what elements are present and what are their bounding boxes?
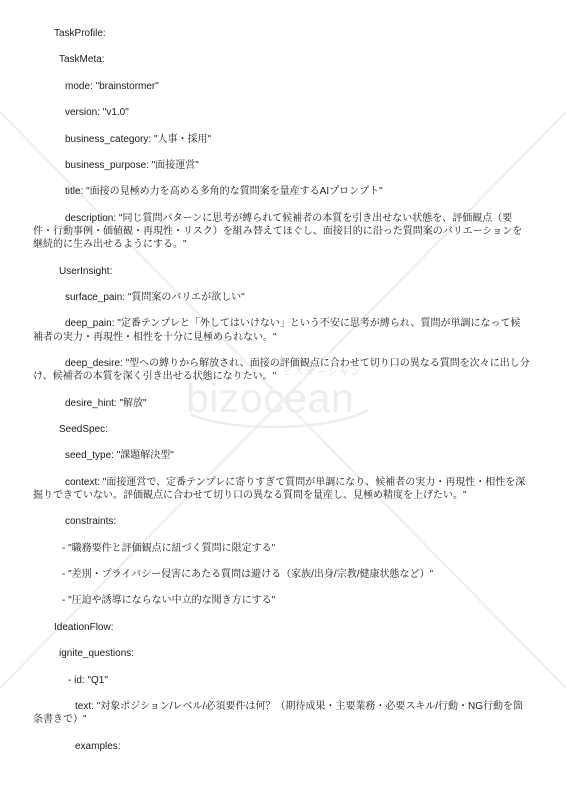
yaml-line-desire-hint: desire_hint: "解放"	[33, 397, 530, 410]
yaml-line-constraints: constraints:	[33, 515, 530, 528]
yaml-line-context: context: "面接運営で、定番テンプレに寄りすぎて質問が単調になり、候補者…	[33, 476, 530, 502]
yaml-line-examples: examples:	[33, 740, 530, 753]
yaml-line-constraint-item-2: - "差別・プライバシー侵害にあたる質問は避ける（家族/出身/宗教/健康状態など…	[33, 568, 530, 581]
yaml-line-surface-pain: surface_pain: "質問案のバリエが欲しい"	[33, 291, 530, 304]
yaml-line-title: title: "面接の見極め力を高める多角的な質問案を量産するAIプロンプト"	[33, 185, 530, 198]
yaml-line-constraint-item-1: - "職務要件と評価観点に紐づく質問に限定する"	[33, 542, 530, 555]
yaml-line-question-id: - id: "Q1"	[33, 674, 530, 687]
yaml-line-description: description: "同じ質問パターンに思考が縛られて候補者の本質を引き出…	[33, 212, 530, 252]
yaml-line-userinsight: UserInsight:	[33, 265, 530, 278]
yaml-line-seedspec: SeedSpec:	[33, 423, 530, 436]
yaml-line-deep-desire: deep_desire: "型への縛りから解放され、面接の評価観点に合わせて切り…	[33, 357, 530, 383]
yaml-document: TaskProfile: TaskMeta: mode: "brainstorm…	[33, 27, 530, 766]
document-page: ビズオーシャン bizocean TaskProfile: TaskMeta: …	[0, 0, 566, 800]
yaml-line-taskprofile: TaskProfile:	[33, 27, 530, 40]
yaml-line-constraint-item-3: - "圧迫や誘導にならない中立的な聞き方にする"	[33, 594, 530, 607]
yaml-line-ignite-questions: ignite_questions:	[33, 647, 530, 660]
yaml-line-version: version: "v1.0"	[33, 106, 530, 119]
yaml-line-taskmeta: TaskMeta:	[33, 53, 530, 66]
yaml-line-deep-pain: deep_pain: "定番テンプレと「外してはいけない」という不安に思考が縛ら…	[33, 317, 530, 343]
yaml-line-business-category: business_category: "人事・採用"	[33, 133, 530, 146]
yaml-line-mode: mode: "brainstormer"	[33, 80, 530, 93]
yaml-line-question-text: text: "対象ポジション/レベル/必須要件は何？（期待成果・主要業務・必要ス…	[33, 700, 530, 726]
yaml-line-business-purpose: business_purpose: "面接運営"	[33, 159, 530, 172]
yaml-line-ideationflow: IdeationFlow:	[33, 621, 530, 634]
yaml-line-seed-type: seed_type: "課題解決型"	[33, 449, 530, 462]
